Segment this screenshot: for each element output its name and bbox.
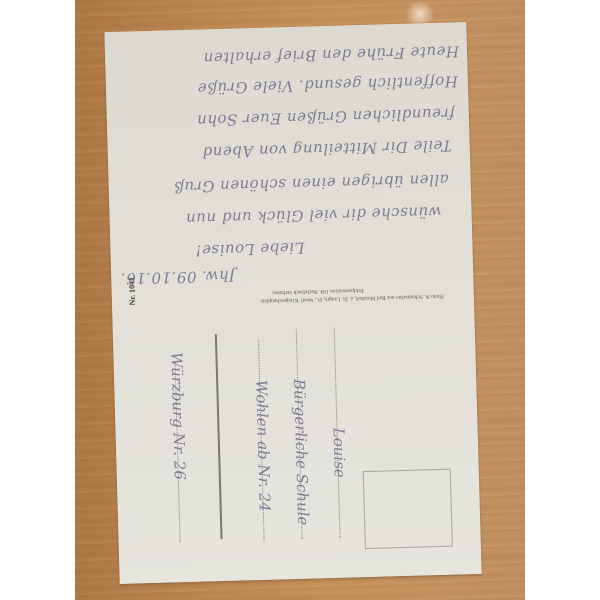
printed-credit-line-2: Feldpoststation 104. Nachdruck verboten. bbox=[272, 287, 364, 296]
message-salutation: Liebe Louise! bbox=[195, 239, 305, 260]
message-line-1: Heute Frühe den Brief erhalten bbox=[203, 42, 459, 67]
message-line-6: wünsche dir viel Glück und nun bbox=[185, 203, 441, 228]
message-date: Jhw. 09.10.16. bbox=[120, 267, 235, 288]
vertical-divider bbox=[215, 334, 223, 539]
message-line-2: Hoffentlich gesund. Viele Grüße bbox=[197, 72, 458, 97]
postcard-content-upside-down: Louise Bürgerliche Schule Wohlen ab Nr. … bbox=[104, 22, 481, 584]
address-text-1: Louise bbox=[330, 428, 349, 479]
postcard: Louise Bürgerliche Schule Wohlen ab Nr. … bbox=[104, 22, 481, 584]
address-text-4: Würzburg Nr. 26 bbox=[167, 352, 189, 480]
message-line-3: freundlichen Grüßen Euer Sohn bbox=[196, 104, 455, 129]
address-text-3: Wohlen ab Nr. 24 bbox=[252, 380, 274, 512]
photo-background-wood: Louise Bürgerliche Schule Wohlen ab Nr. … bbox=[75, 0, 525, 600]
message-line-4: Teile Dir Mitteilung von Abend bbox=[202, 137, 452, 162]
stamp-box bbox=[363, 469, 453, 549]
address-text-2: Bürgerliche Schule bbox=[290, 379, 312, 526]
message-line-5: allen übrigen einen schönen Gruß bbox=[173, 171, 449, 197]
